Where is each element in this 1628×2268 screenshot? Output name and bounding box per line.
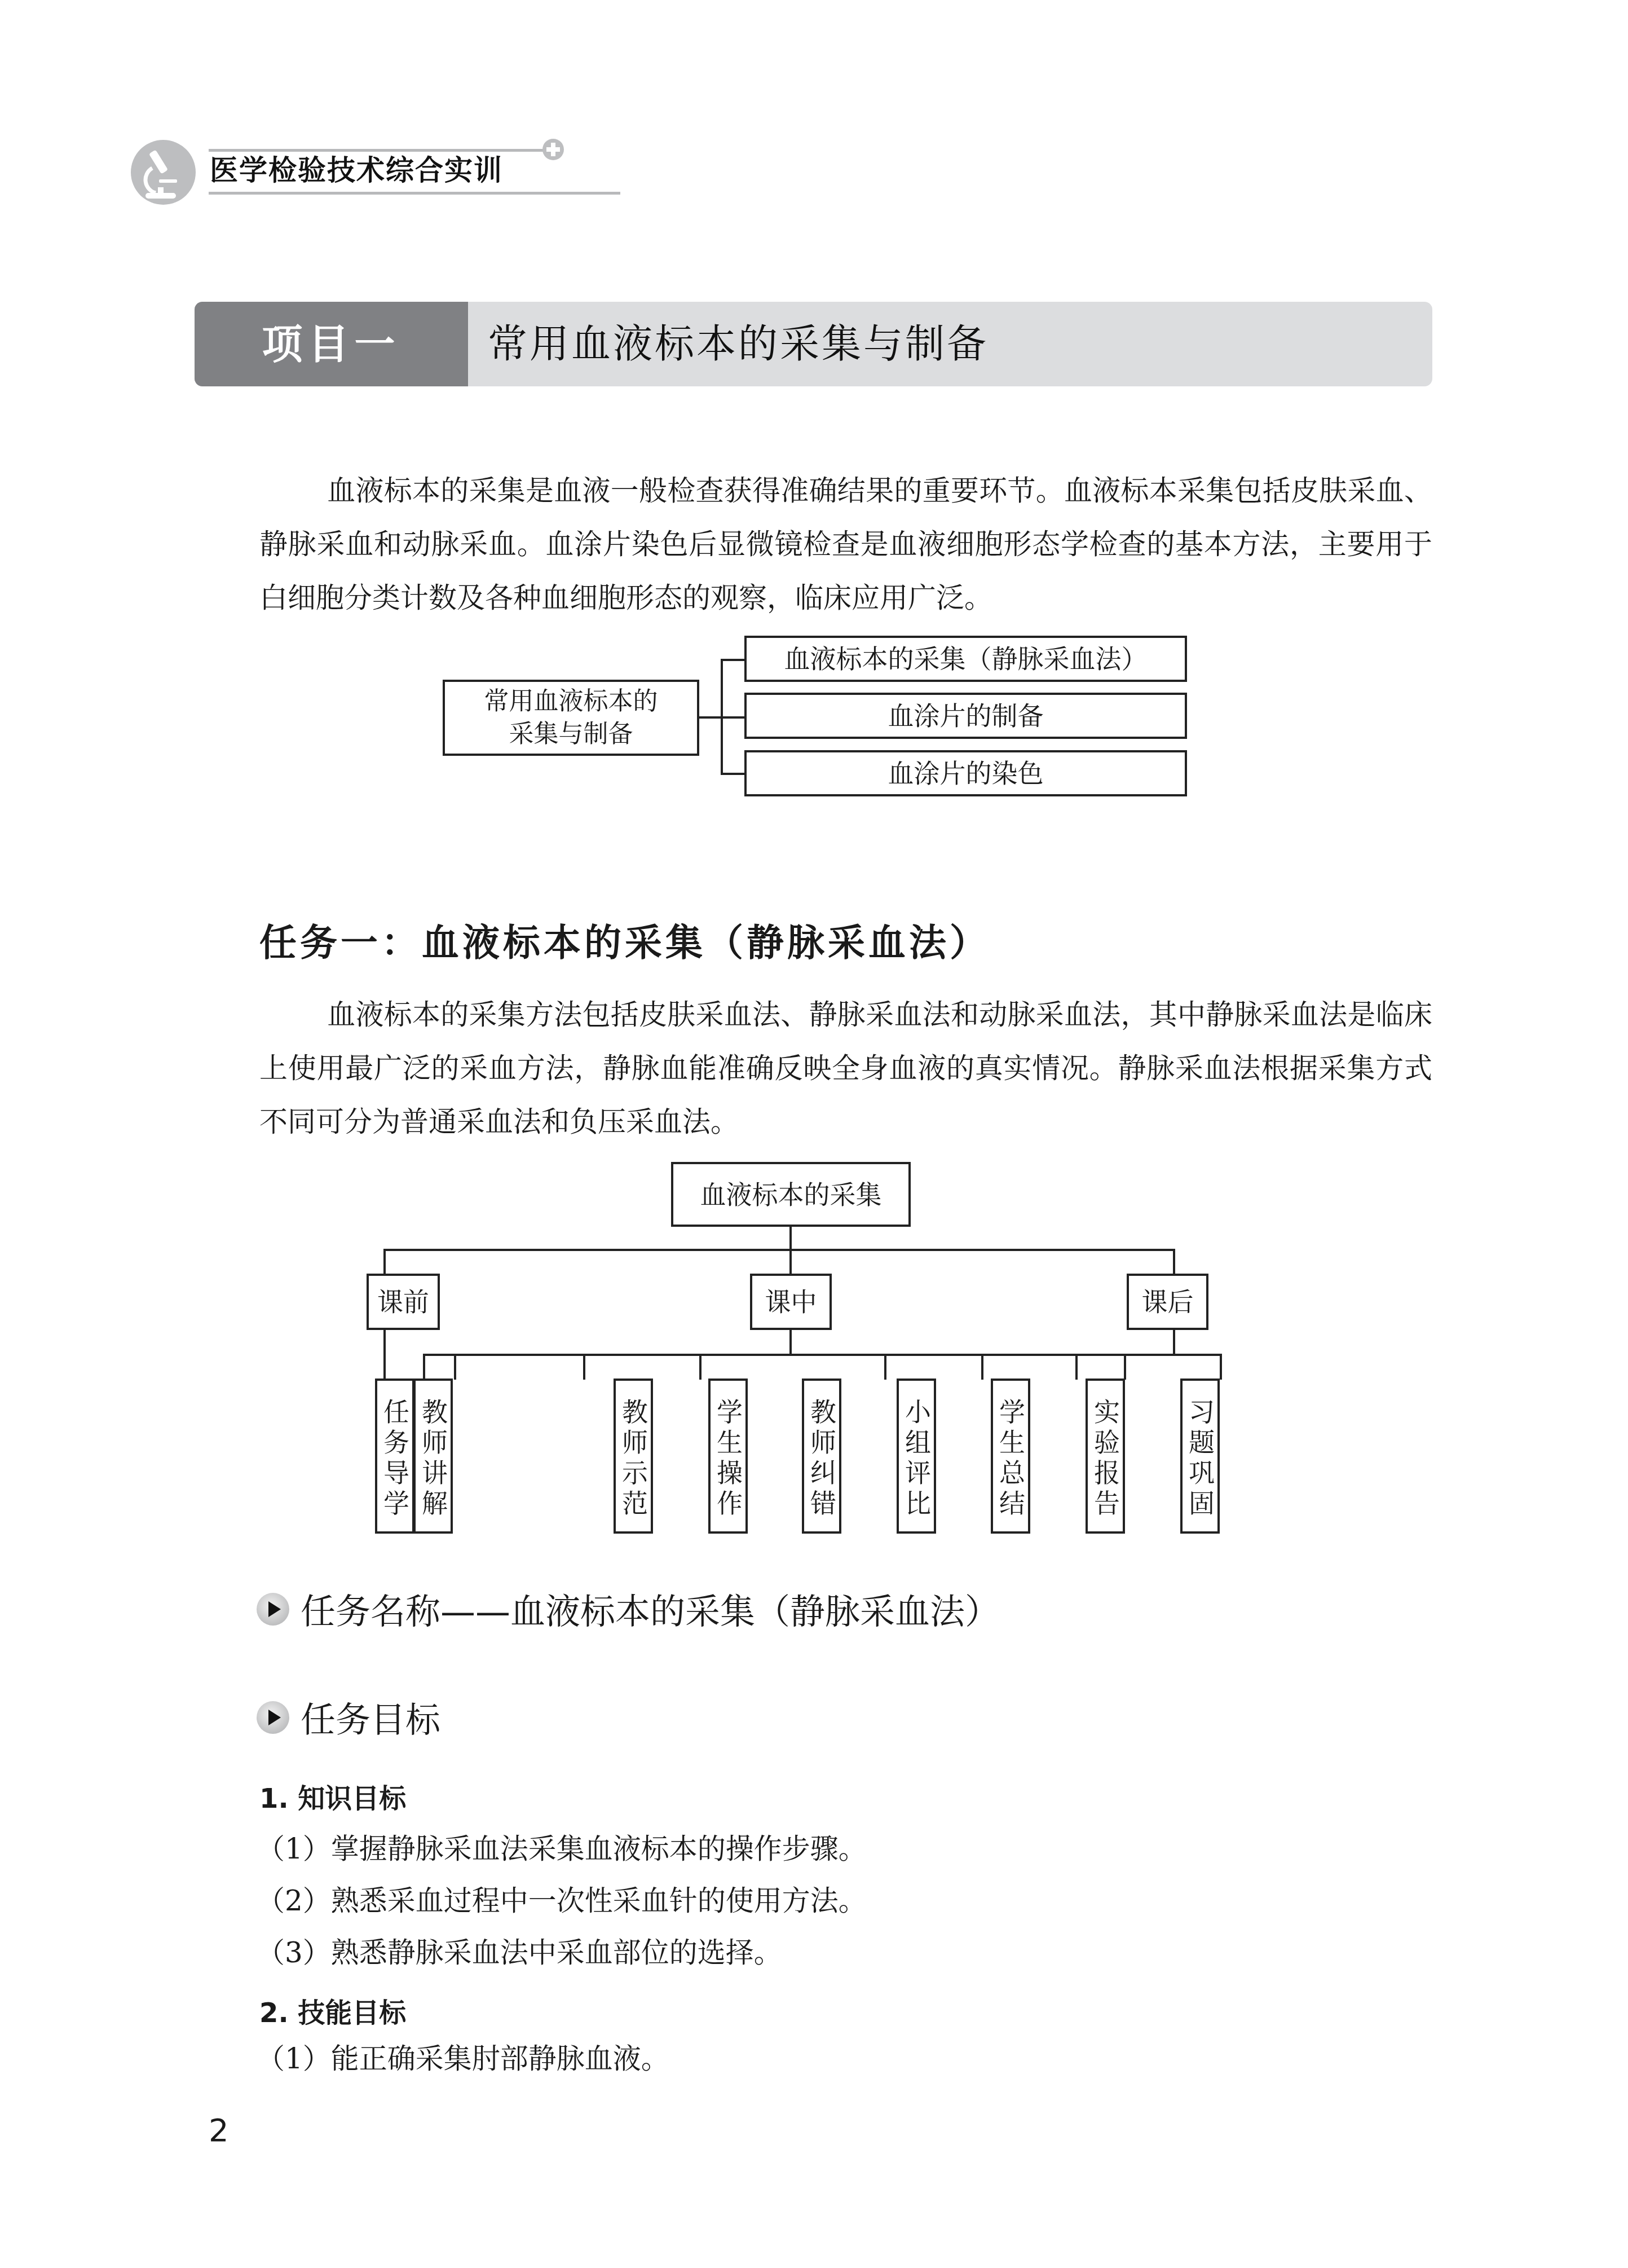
connector [383,1249,1175,1251]
connector [1173,1330,1175,1356]
header-bottom-rule [209,192,620,195]
step-box: 任务导学 [375,1379,414,1534]
skill-goal-item: （1）能正确采集肘部静脉血液。 [257,2036,669,2077]
connector [454,1354,456,1380]
overview-root-line-2: 采集与制备 [509,718,633,751]
step-box: 教师纠错 [802,1379,841,1534]
connector [789,1330,792,1356]
section-task-name-text: 任务名称——血液标本的采集（静脉采血法） [301,1584,1000,1634]
connector [423,1354,1149,1356]
microscope-icon [131,140,196,205]
connector [583,1354,585,1380]
task-heading: 任务一：血液标本的采集（静脉采血法） [259,913,990,966]
step-box: 学生总结 [991,1379,1030,1534]
connector [721,659,744,661]
overview-root-box: 常用血液标本的 采集与制备 [443,680,699,756]
intro-text: 血液标本的采集是血液一般检查获得准确结果的重要环节。血液标本采集包括皮肤采血、静… [259,474,1432,614]
step-box: 习题巩固 [1180,1379,1220,1534]
overview-child-box: 血涂片的染色 [744,750,1187,796]
phase-box-during: 课中 [750,1274,832,1330]
connector [699,716,722,719]
header-top-rule [209,149,547,152]
overview-child-box: 血液标本的采集（静脉采血法） [744,636,1187,682]
task-text: 血液标本的采集方法包括皮肤采血法、静脉采血法和动脉采血法，其中静脉采血法是临床上… [259,998,1432,1138]
book-title: 医学检验技术综合实训 [210,153,503,187]
step-box: 教师讲解 [413,1379,453,1534]
phase-box-before: 课前 [367,1274,440,1330]
connector [721,716,744,719]
connector [1220,1354,1222,1380]
connector [721,773,744,775]
connector [1124,1354,1126,1380]
overview-root-line-1: 常用血液标本的 [484,685,658,718]
step-box: 教师示范 [614,1379,653,1534]
intro-paragraph: 血液标本的采集是血液一般检查获得准确结果的重要环节。血液标本采集包括皮肤采血、静… [259,464,1432,625]
plus-icon [542,139,564,160]
flow-root-box: 血液标本的采集 [671,1162,911,1227]
skill-goals-heading: 2. 技能目标 [259,1991,406,2030]
connector [383,1330,386,1380]
connector [699,1354,702,1380]
phase-box-after: 课后 [1127,1274,1208,1330]
section-task-goals: 任务目标 [257,1692,440,1742]
connector [1124,1354,1222,1356]
play-bullet-icon [257,1701,289,1734]
connector [884,1354,886,1380]
knowledge-goals-heading: 1. 知识目标 [259,1777,406,1816]
project-title: 常用血液标本的采集与制备 [488,302,989,386]
knowledge-goal-item: （1）掌握静脉采血法采集血液标本的操作步骤。 [257,1826,867,1867]
connector [423,1354,425,1380]
overview-child-box: 血涂片的制备 [744,693,1187,739]
connector [383,1249,386,1275]
connector [1075,1354,1078,1380]
page-number: 2 [209,2112,229,2149]
knowledge-goal-item: （2）熟悉采血过程中一次性采血针的使用方法。 [257,1878,867,1919]
step-box: 小组评比 [897,1379,936,1534]
project-tag: 项目一 [195,302,468,386]
step-box: 实验报告 [1086,1379,1125,1534]
step-box: 学生操作 [708,1379,748,1534]
knowledge-goal-item: （3）熟悉静脉采血法中采血部位的选择。 [257,1930,782,1971]
section-task-goals-text: 任务目标 [301,1692,440,1742]
connector [981,1354,983,1380]
section-task-name: 任务名称——血液标本的采集（静脉采血法） [257,1584,1000,1634]
play-bullet-icon [257,1593,289,1626]
connector [1173,1249,1175,1275]
task-paragraph: 血液标本的采集方法包括皮肤采血法、静脉采血法和动脉采血法，其中静脉采血法是临床上… [259,988,1432,1149]
